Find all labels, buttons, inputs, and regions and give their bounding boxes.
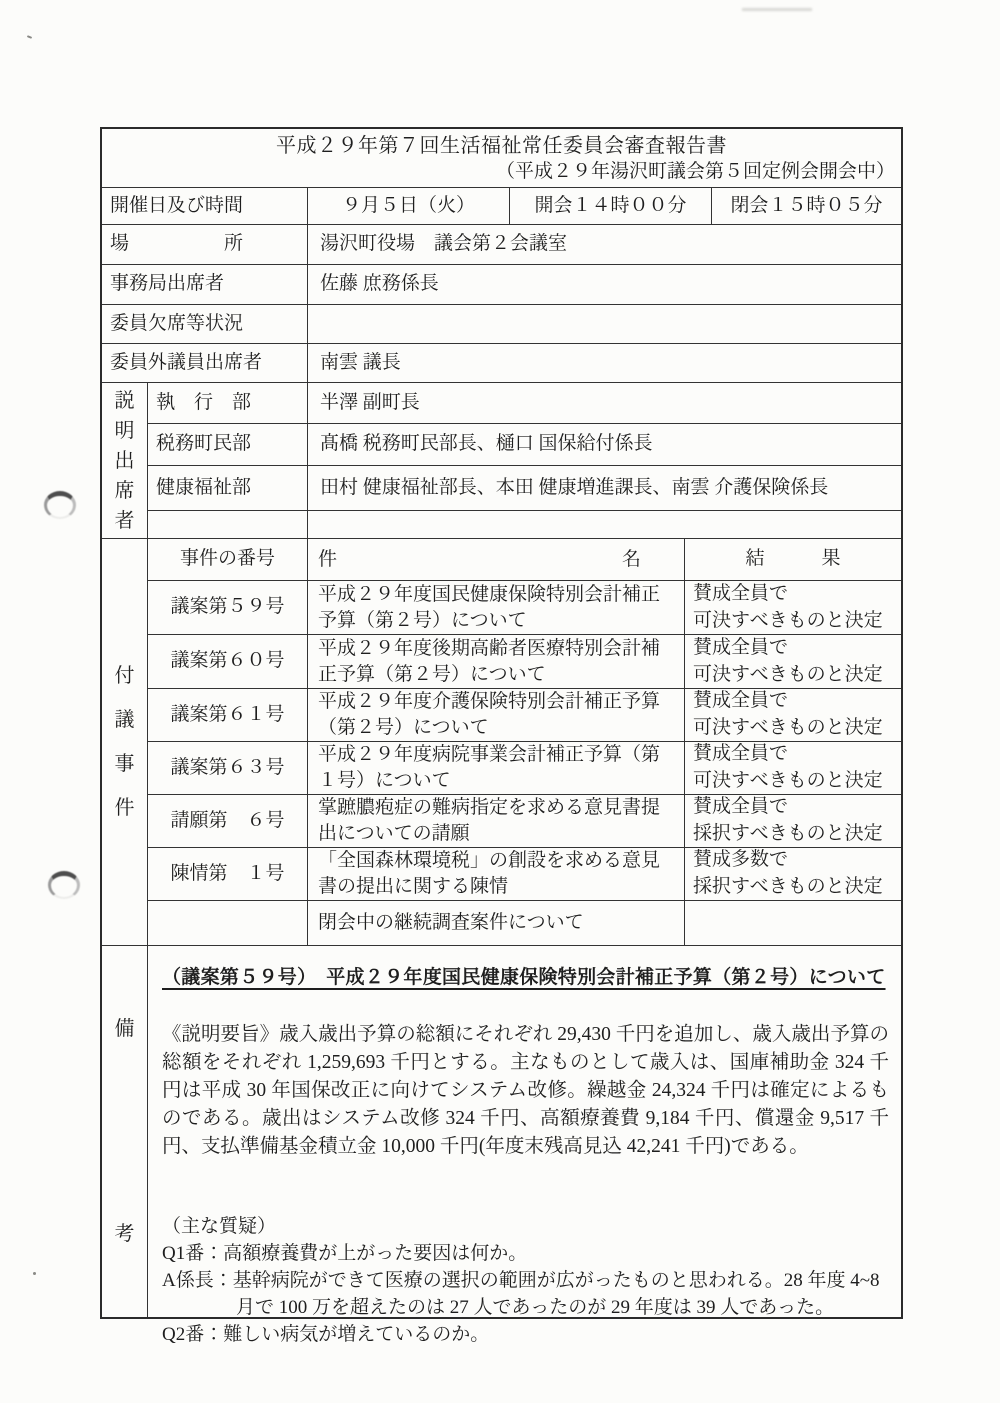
scan-smudge — [742, 8, 812, 11]
schedule-row: 開催日及び時間 ９月５日（火） 開会１４時００分 閉会１５時０５分 — [102, 187, 901, 224]
agenda-name: 平成２９年度後期高齢者医療特別会計補正予算（第２号）について — [307, 635, 684, 688]
explainer-row: 執 行 部 半澤 副町長 — [147, 383, 901, 423]
explainer-dept: 税務町民部 — [147, 424, 307, 465]
explainer-row — [147, 510, 901, 538]
agenda-row: 議案第６１号 平成２９年度介護保険特別会計補正予算（第２号）について 賛成全員で… — [147, 688, 901, 741]
agenda-section-label: 付議事件 — [102, 539, 147, 945]
secretariat-label: 事務局出席者 — [102, 265, 307, 304]
explainers-section-label: 説明出席者 — [102, 383, 147, 538]
agenda-number: 議案第６０号 — [147, 635, 307, 688]
report-subtitle: （平成２９年湯沢町議会第５回定例会開会中） — [106, 160, 897, 185]
agenda-row: 議案第６３号 平成２９年度病院事業会計補正予算（第１号）について 賛成全員で 可… — [147, 741, 901, 794]
remarks-section-label: 備考 — [102, 946, 147, 1317]
agenda-row: 議案第５９号 平成２９年度国民健康保険特別会計補正予算（第２号）について 賛成全… — [147, 580, 901, 634]
secretariat-value: 佐藤 庶務係長 — [307, 265, 901, 304]
agenda-name: 「全国森林環境税」の創設を求める意見書の提出に関する陳情 — [307, 848, 684, 900]
place-label: 場 所 — [102, 225, 307, 264]
agenda-result: 賛成全員で 採択すべきものと決定 — [684, 795, 901, 847]
agenda-row: 陳情第 １号 「全国森林環境税」の創設を求める意見書の提出に関する陳情 賛成多数… — [147, 847, 901, 900]
agenda-number: 請願第 ６号 — [147, 795, 307, 847]
scan-speck — [27, 35, 32, 39]
agenda-result: 賛成全員で 可決すべきものと決定 — [684, 581, 901, 634]
agenda-row: 請願第 ６号 掌蹠膿疱症の難病指定を求める意見書提出についての請願 賛成全員で … — [147, 794, 901, 847]
remarks-content: （議案第５９号） 平成２９年度国民健康保険特別会計補正予算（第２号）について 《… — [147, 946, 901, 1317]
title-row: 平成２９年第７回生活福祉常任委員会審査報告書 （平成２９年湯沢町議会第５回定例会… — [102, 129, 901, 187]
explainer-names: 半澤 副町長 — [307, 383, 901, 423]
agenda-result: 賛成全員で 可決すべきものと決定 — [684, 689, 901, 741]
remarks-summary: 《説明要旨》歳入歳出予算の総額にそれぞれ 29,430 千円を追加し、歳入歳出予… — [162, 1021, 891, 1161]
agenda-header-number: 事件の番号 — [147, 539, 307, 580]
agenda-name: 閉会中の継続調査案件について — [307, 901, 684, 945]
nonmember-label: 委員外議員出席者 — [102, 344, 307, 382]
agenda-result: 賛成全員で 可決すべきものと決定 — [684, 742, 901, 794]
agenda-name: 掌蹠膿疱症の難病指定を求める意見書提出についての請願 — [307, 795, 684, 847]
qa-line: Q1番：高額療養費が上がった要因は何か。 — [162, 1240, 891, 1267]
place-value: 湯沢町役場 議会第２会議室 — [307, 225, 901, 264]
agenda-number: 陳情第 １号 — [147, 848, 307, 900]
nonmember-value: 南雲 議長 — [307, 344, 901, 382]
explainer-names: 田村 健康福祉部長、本田 健康増進課長、南雲 介護保険係長 — [307, 466, 901, 510]
place-row: 場 所 湯沢町役場 議会第２会議室 — [102, 224, 901, 264]
agenda-row: 議案第６０号 平成２９年度後期高齢者医療特別会計補正予算（第２号）について 賛成… — [147, 634, 901, 688]
hole-punch-mark — [48, 871, 80, 899]
agenda-number — [147, 901, 307, 945]
explainer-row: 健康福祉部 田村 健康福祉部長、本田 健康増進課長、南雲 介護保険係長 — [147, 465, 901, 510]
remarks-heading: （議案第５９号） 平成２９年度国民健康保険特別会計補正予算（第２号）について — [162, 966, 891, 991]
agenda-number: 議案第６１号 — [147, 689, 307, 741]
explainer-names — [307, 511, 901, 538]
explainers-section: 説明出席者 執 行 部 半澤 副町長 税務町民部 髙橋 税務町民部長、樋口 国保… — [102, 382, 901, 538]
agenda-section: 付議事件 事件の番号 件 名 結 果 議案第５９号 平成２９年度国民健康保険特別… — [102, 538, 901, 945]
explainer-dept — [147, 511, 307, 538]
agenda-header-name: 件 名 — [307, 539, 684, 580]
explainer-names: 髙橋 税務町民部長、樋口 国保給付係長 — [307, 424, 901, 465]
agenda-result: 賛成多数で 採択すべきものと決定 — [684, 848, 901, 900]
scanned-report-page: 平成２９年第７回生活福祉常任委員会審査報告書 （平成２９年湯沢町議会第５回定例会… — [0, 0, 1000, 1403]
agenda-result — [684, 901, 901, 945]
secretariat-row: 事務局出席者 佐藤 庶務係長 — [102, 264, 901, 304]
agenda-number: 議案第５９号 — [147, 581, 307, 634]
schedule-label: 開催日及び時間 — [102, 188, 307, 224]
agenda-row: 閉会中の継続調査案件について — [147, 900, 901, 945]
qa-heading: （主な質疑） — [162, 1213, 891, 1240]
absence-row: 委員欠席等状況 — [102, 304, 901, 343]
hole-punch-mark — [44, 491, 76, 519]
agenda-header-row: 事件の番号 件 名 結 果 — [147, 539, 901, 580]
report-title: 平成２９年第７回生活福祉常任委員会審査報告書 — [106, 133, 897, 159]
absence-value — [307, 305, 901, 343]
nonmember-row: 委員外議員出席者 南雲 議長 — [102, 343, 901, 382]
schedule-open-time: 開会１４時００分 — [509, 188, 711, 224]
remarks-section: 備考 （議案第５９号） 平成２９年度国民健康保険特別会計補正予算（第２号）につい… — [102, 945, 901, 1317]
qa-line: A係長：基幹病院ができて医療の選択の範囲が広がったものと思われる。28 年度 4… — [162, 1267, 891, 1321]
explainer-dept: 健康福祉部 — [147, 466, 307, 510]
agenda-name: 平成２９年度病院事業会計補正予算（第１号）について — [307, 742, 684, 794]
absence-label: 委員欠席等状況 — [102, 305, 307, 343]
agenda-result: 賛成全員で 可決すべきものと決定 — [684, 635, 901, 688]
explainer-row: 税務町民部 髙橋 税務町民部長、樋口 国保給付係長 — [147, 423, 901, 465]
agenda-number: 議案第６３号 — [147, 742, 307, 794]
explainer-dept: 執 行 部 — [147, 383, 307, 423]
schedule-close-time: 閉会１５時０５分 — [711, 188, 901, 224]
agenda-name: 平成２９年度介護保険特別会計補正予算（第２号）について — [307, 689, 684, 741]
agenda-name: 平成２９年度国民健康保険特別会計補正予算（第２号）について — [307, 581, 684, 634]
agenda-header-result: 結 果 — [684, 539, 901, 580]
scan-speck — [33, 1272, 36, 1275]
report-table: 平成２９年第７回生活福祉常任委員会審査報告書 （平成２９年湯沢町議会第５回定例会… — [100, 127, 903, 1319]
schedule-date: ９月５日（火） — [307, 188, 509, 224]
qa-line: Q2番：難しい病気が増えているのか。 — [162, 1321, 891, 1348]
